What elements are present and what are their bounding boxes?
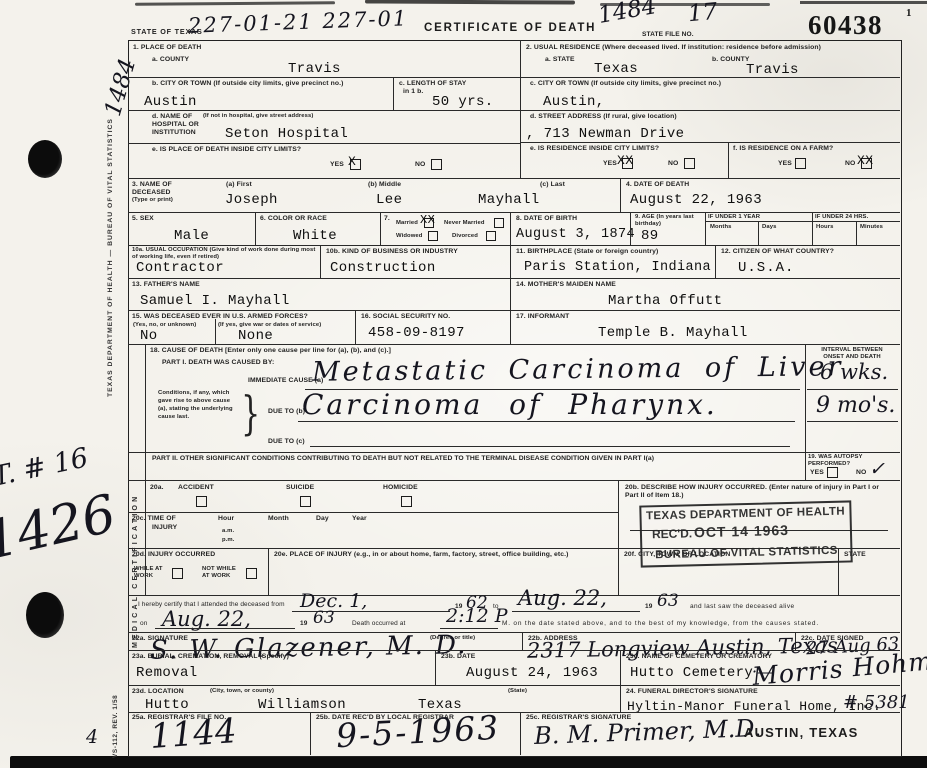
- certificate-title: CERTIFICATE OF DEATH: [424, 22, 596, 34]
- pm-label: p.m.: [222, 537, 235, 544]
- burial-date-label: 23b. DATE: [441, 653, 475, 661]
- death-occurred-text: Death occurred at: [352, 620, 405, 628]
- am-label: a.m.: [222, 528, 234, 535]
- conditions-note: Conditions, if any, which gave rise to a…: [158, 390, 238, 422]
- due-to-c-label: DUE TO (c): [268, 438, 305, 446]
- scan-artifact: [365, 0, 575, 5]
- divider: [807, 421, 898, 422]
- immediate-cause-value: Metastatic Carcinoma of Liver: [312, 351, 844, 388]
- checkbox-not-while-at-work: [246, 568, 257, 579]
- last-seen-year: 63: [313, 608, 335, 628]
- not-while-at-work-label2: AT WORK: [202, 573, 230, 580]
- last-name-value: Mayhall: [478, 192, 540, 208]
- due-to-b-value: Carcinoma of Pharynx.: [302, 388, 718, 421]
- city-value: Austin: [144, 94, 197, 110]
- institution-value: Seton Hospital: [225, 126, 348, 142]
- divider: [128, 310, 900, 311]
- street-address-value: , 713 Newman Drive: [526, 126, 684, 142]
- married-mark: XX: [420, 213, 435, 227]
- days-label: Days: [762, 224, 776, 231]
- industry-value: Construction: [330, 260, 436, 276]
- length-of-stay-sublabel: in 1 b.: [403, 88, 423, 96]
- punch-hole: [28, 140, 62, 178]
- institution-note: (If not in hospital, give street address…: [203, 113, 313, 120]
- mother-name-value: Martha Offutt: [608, 293, 722, 309]
- divider: [807, 389, 898, 390]
- residence-title: 2. USUAL RESIDENCE (Where deceased lived…: [526, 44, 821, 52]
- divider: [128, 278, 900, 279]
- divorced-label: Divorced: [452, 233, 478, 240]
- minutes-label: Minutes: [860, 224, 883, 231]
- stamp-bureau-line: BUREAU OF VITAL STATISTICS: [642, 545, 850, 562]
- austin-texas-stamp: AUSTIN, TEXAS: [744, 725, 859, 740]
- yes-label: YES: [603, 160, 617, 168]
- checkbox-farm-yes: [795, 158, 806, 169]
- injury-20d-label: 20d. INJURY OCCURRED: [132, 551, 215, 559]
- divider: [856, 221, 857, 245]
- divider: [812, 212, 813, 245]
- divider: [630, 212, 631, 245]
- divider: [522, 632, 523, 650]
- residence-city-label: c. CITY OR TOWN (If outside city limits,…: [530, 80, 721, 88]
- checkbox-residence-limits-no: [684, 158, 695, 169]
- yes-label: YES: [330, 161, 344, 169]
- divider: [520, 712, 521, 755]
- date-of-death-value: August 22, 1963: [630, 192, 762, 208]
- divider: [715, 245, 716, 278]
- stamp-date: OCT 14 1963: [694, 523, 789, 539]
- divider: [520, 142, 900, 143]
- divider: [128, 595, 900, 596]
- divider: [128, 212, 900, 213]
- attended-to-date: Aug. 22,: [518, 586, 607, 610]
- state-file-number: 60438: [808, 10, 883, 41]
- burial-label: 23a. BURIAL, CREMATION, REMOVAL (Specify…: [132, 653, 289, 661]
- interval-b-value: 9 mo's.: [816, 393, 895, 418]
- divider: [128, 512, 618, 513]
- location-note: (City, town, or county): [210, 688, 274, 695]
- checkbox-never-married: [494, 218, 504, 228]
- no-label: NO: [845, 160, 855, 168]
- sex-label: 5. SEX: [132, 215, 154, 223]
- divider: [512, 611, 640, 612]
- divider: [215, 319, 216, 344]
- page-superscript: 1: [906, 7, 912, 19]
- divider: [128, 480, 900, 481]
- informant-label: 17. INFORMANT: [516, 313, 569, 321]
- death-certificate-scan: TEXAS DEPARTMENT OF HEALTH — BUREAU OF V…: [0, 0, 927, 768]
- checkbox-divorced: [486, 231, 496, 241]
- location-label: 23d. LOCATION: [132, 688, 184, 696]
- stamp-agency-line: TEXAS DEPARTMENT OF HEALTH: [641, 506, 849, 523]
- occupation-value: Contractor: [136, 260, 224, 276]
- divider: [355, 310, 356, 344]
- hours-label: Hours: [816, 224, 834, 231]
- street-address-label: d. STREET ADDRESS (If rural, give locati…: [530, 113, 677, 121]
- checkbox-suicide: [300, 496, 311, 507]
- divider: [440, 628, 498, 629]
- widowed-label: Widowed: [396, 233, 423, 240]
- divider: [128, 143, 520, 144]
- residence-farm-label: f. IS RESIDENCE ON A FARM?: [733, 145, 833, 153]
- divider: [128, 632, 900, 633]
- autopsy-no-mark: ✓: [869, 458, 885, 480]
- year-prefix: 19: [645, 603, 652, 611]
- received-stamp: TEXAS DEPARTMENT OF HEALTH REC'D. OCT 14…: [639, 500, 852, 567]
- scan-artifact: [135, 1, 335, 5]
- checkbox-accident: [196, 496, 207, 507]
- residence-city-value: Austin,: [543, 94, 605, 110]
- checkbox-death-limits-no: [431, 159, 442, 170]
- checkbox-homicide: [401, 496, 412, 507]
- residence-city-limits-label: e. IS RESIDENCE INSIDE CITY LIMITS?: [530, 145, 659, 153]
- divider: [310, 712, 311, 755]
- funeral-home-number: # 5381: [843, 692, 910, 713]
- divider: [805, 344, 806, 480]
- divider: [128, 245, 900, 246]
- place-of-death-title: 1. PLACE OF DEATH: [133, 44, 201, 52]
- residence-limits-yes-mark: XX: [617, 153, 633, 168]
- armed-forces-service-value: None: [238, 328, 273, 344]
- injury-20b-label: 20b. DESCRIBE HOW INJURY OCCURRED. (Ente…: [625, 484, 893, 501]
- middle-name-value: Lee: [376, 192, 402, 208]
- county-label: a. COUNTY: [152, 56, 189, 64]
- divider: [128, 712, 900, 713]
- margin-handwritten-ct16: T. # 16: [0, 442, 91, 492]
- divider: [393, 77, 394, 110]
- ssn-value: 458-09-8197: [368, 325, 465, 341]
- cause-of-death-title: 18. CAUSE OF DEATH [Enter only one cause…: [150, 347, 391, 355]
- divider: [128, 344, 900, 345]
- divider: [620, 178, 621, 212]
- divider: [520, 110, 900, 111]
- birthplace-label: 11. BIRTHPLACE (State or foreign country…: [516, 248, 658, 256]
- handwritten-case-numbers: 227-01-21 227-01: [188, 6, 409, 38]
- father-name-label: 13. FATHER'S NAME: [132, 281, 200, 289]
- part2-label: PART II. OTHER SIGNIFICANT CONDITIONS CO…: [152, 455, 654, 463]
- first-name-label: (a) First: [226, 181, 252, 189]
- accident-label: ACCIDENT: [178, 484, 214, 492]
- divider: [128, 110, 520, 111]
- residence-state-value: Texas: [594, 61, 638, 77]
- year-prefix: 19: [300, 620, 307, 628]
- funeral-director-label: 24. FUNERAL DIRECTOR'S SIGNATURE: [626, 688, 758, 696]
- divider: [268, 548, 269, 595]
- year-label: Year: [352, 515, 367, 523]
- age-value: 89: [641, 228, 659, 244]
- no-label: NO: [856, 469, 866, 477]
- divider: [255, 212, 256, 245]
- middle-name-label: (b) Middle: [368, 181, 401, 189]
- burial-value: Removal: [136, 665, 198, 681]
- burial-date-value: August 24, 1963: [466, 665, 598, 681]
- divider: [155, 628, 295, 629]
- yes-label: YES: [810, 469, 824, 477]
- birthplace-value: Paris Station, Indiana: [524, 260, 711, 275]
- location-county-value: Williamson: [258, 697, 346, 713]
- divider: [128, 650, 900, 651]
- residence-county-value: Travis: [746, 62, 799, 78]
- divider: [520, 77, 900, 78]
- on-word: on: [140, 620, 147, 628]
- margin-handwritten-4: 4: [86, 726, 98, 748]
- no-label: NO: [415, 161, 425, 169]
- race-label: 6. COLOR OR RACE: [260, 215, 327, 223]
- city-label: b. CITY OR TOWN (If outside city limits,…: [152, 80, 343, 88]
- divider: [510, 310, 511, 344]
- industry-label: 10b. KIND OF BUSINESS OR INDUSTRY: [326, 248, 458, 256]
- time-of-death-value: 2:12 P: [446, 605, 508, 627]
- stamp-recd-label: REC'D.: [652, 527, 692, 540]
- armed-forces-label: 15. WAS DECEASED EVER IN U.S. ARMED FORC…: [132, 313, 308, 321]
- date-of-birth-label: 8. DATE OF BIRTH: [516, 215, 577, 223]
- father-name-value: Samuel I. Mayhall: [140, 293, 290, 309]
- hour-label: Hour: [218, 515, 234, 523]
- married-label: Married: [396, 220, 418, 227]
- citizen-label: 12. CITIZEN OF WHAT COUNTRY?: [721, 248, 834, 256]
- residence-state-label: a. STATE: [545, 56, 575, 64]
- injury-20c-label2: INJURY: [152, 524, 177, 532]
- checkbox-while-at-work: [172, 568, 183, 579]
- county-value: Travis: [288, 61, 341, 77]
- registrar-file-value: 1144: [149, 711, 238, 757]
- injury-20a-label: 20a.: [150, 484, 164, 492]
- divider: [128, 178, 900, 179]
- divider: [618, 480, 619, 595]
- conditions-brace: }: [241, 386, 260, 440]
- scan-artifact: [800, 1, 927, 4]
- ssn-label: 16. SOCIAL SECURITY NO.: [361, 313, 450, 321]
- divider: [758, 221, 759, 245]
- divider: [320, 245, 321, 278]
- institution-label3: INSTITUTION: [152, 129, 196, 137]
- yes-label: YES: [778, 160, 792, 168]
- informant-value: Temple B. Mayhall: [598, 325, 748, 341]
- attended-to-year: 63: [657, 591, 679, 611]
- handwritten-number-top: 1484: [596, 0, 658, 29]
- marital-label: 7.: [384, 215, 390, 223]
- location-city-value: Hutto: [145, 697, 189, 713]
- never-married-label: Never Married: [444, 220, 485, 227]
- cemetery-label: 23c. NAME OF CEMETERY OR CREMATORY: [626, 653, 772, 661]
- no-label: NO: [668, 160, 678, 168]
- length-of-stay-value: 50 yrs.: [432, 94, 494, 110]
- divider: [380, 212, 381, 245]
- divider: [128, 77, 520, 78]
- month-label: Month: [268, 515, 289, 523]
- certify-text-4: M. on the date stated above, and to the …: [502, 620, 819, 628]
- death-limits-yes-mark: X: [348, 154, 356, 169]
- injury-20e-label: 20e. PLACE OF INJURY (e.g., in or about …: [274, 551, 604, 559]
- divider: [510, 212, 511, 245]
- citizen-value: U.S.A.: [738, 260, 794, 276]
- while-at-work-label2: WORK: [134, 573, 153, 580]
- divider: [128, 452, 900, 453]
- mother-name-label: 14. MOTHER'S MAIDEN NAME: [516, 281, 616, 289]
- farm-no-mark: XX: [857, 153, 873, 168]
- handwritten-17: 17: [687, 0, 718, 27]
- location-state-note: (State): [508, 688, 527, 695]
- sex-value: Male: [174, 228, 209, 244]
- first-name-value: Joseph: [225, 192, 278, 208]
- divider: [728, 142, 729, 178]
- death-city-limits-label: e. IS PLACE OF DEATH INSIDE CITY LIMITS?: [152, 146, 301, 154]
- divider: [298, 421, 795, 422]
- checkbox-autopsy-yes: [827, 467, 838, 478]
- day-label: Day: [316, 515, 329, 523]
- margin-handwritten-1426: 1426: [0, 484, 121, 572]
- armed-forces-value: No: [140, 328, 158, 344]
- deceased-name-label3: (Type or print): [132, 197, 173, 204]
- age-label: 9. AGE (In years last birthday): [635, 214, 697, 229]
- state-file-no-label: STATE FILE NO.: [642, 31, 694, 39]
- due-to-b-label: DUE TO (b): [268, 408, 305, 416]
- divider: [435, 650, 436, 685]
- part1-label: PART I. DEATH WAS CAUSED BY:: [162, 359, 274, 367]
- certify-text-2: and last saw the deceased alive: [690, 603, 795, 611]
- date-of-birth-value: August 3, 1874: [516, 227, 635, 242]
- date-of-death-label: 4. DATE OF DEATH: [626, 181, 689, 189]
- divider: [510, 278, 511, 310]
- last-name-label: (c) Last: [540, 181, 565, 189]
- cemetery-value: Hutto Cemetery: [630, 665, 753, 681]
- interval-a-value: 6 wks.: [820, 360, 888, 384]
- divider: [310, 446, 790, 447]
- divider: [128, 685, 900, 686]
- checkbox-widowed: [428, 231, 438, 241]
- homicide-label: HOMICIDE: [383, 484, 418, 492]
- form-number-label: VS-112, REV. 1/58: [112, 695, 120, 758]
- divider: [510, 245, 511, 278]
- divider: [620, 650, 621, 712]
- scan-edge-bottom: [10, 756, 927, 768]
- punch-hole: [26, 592, 64, 638]
- suicide-label: SUICIDE: [286, 484, 314, 492]
- months-label: Months: [710, 224, 732, 231]
- residence-county-label: b. COUNTY: [712, 56, 750, 64]
- margin-agency-vertical-label: TEXAS DEPARTMENT OF HEALTH — BUREAU OF V…: [107, 118, 115, 397]
- divider: [705, 212, 706, 245]
- injury-20c-label: 20c. TIME OF: [132, 515, 176, 523]
- divider: [520, 40, 521, 178]
- race-value: White: [293, 228, 337, 244]
